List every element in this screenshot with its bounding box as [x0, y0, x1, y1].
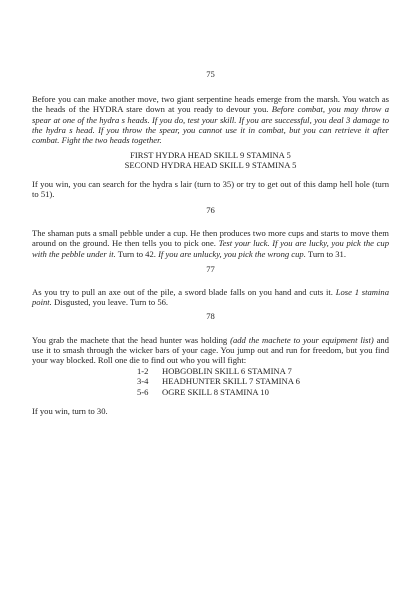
- die-roll-row: 3-4HEADHUNTER SKILL 7 STAMINA 6: [32, 376, 389, 386]
- section-paragraph: Before you can make another move, two gi…: [32, 94, 389, 145]
- die-roll-result: HOBGOBLIN SKILL 6 STAMINA 7: [162, 366, 292, 376]
- die-roll-range: 3-4: [137, 376, 162, 386]
- paragraph-text: You grab the machete that the head hunte…: [32, 335, 230, 345]
- enemy-stat-line: FIRST HYDRA HEAD SKILL 9 STAMINA 5: [32, 150, 389, 160]
- section-outcome: If you win, you can search for the hydra…: [32, 179, 389, 199]
- die-roll-row: 5-6OGRE SKILL 8 STAMINA 10: [32, 387, 389, 397]
- section-number: 75: [32, 69, 389, 79]
- enemy-stat-line: SECOND HYDRA HEAD SKILL 9 STAMINA 5: [32, 160, 389, 170]
- section-paragraph: As you try to pull an axe out of the pil…: [32, 287, 389, 307]
- section-paragraph: You grab the machete that the head hunte…: [32, 335, 389, 366]
- die-roll-table: 1-2HOBGOBLIN SKILL 6 STAMINA 7 3-4HEADHU…: [32, 366, 389, 397]
- section-number: 78: [32, 311, 389, 321]
- die-roll-row: 1-2HOBGOBLIN SKILL 6 STAMINA 7: [32, 366, 389, 376]
- section-paragraph: The shaman puts a small pebble under a c…: [32, 228, 389, 259]
- die-roll-result: OGRE SKILL 8 STAMINA 10: [162, 387, 269, 397]
- gamebook-page: 75 Before you can make another move, two…: [0, 0, 420, 594]
- die-roll-range: 1-2: [137, 366, 162, 376]
- section-77: 77 As you try to pull an axe out of the …: [32, 264, 389, 308]
- section-number: 76: [32, 205, 389, 215]
- section-number: 77: [32, 264, 389, 274]
- section-76: 76 The shaman puts a small pebble under …: [32, 205, 389, 259]
- paragraph-text: Turn to 42.: [116, 249, 158, 259]
- section-75: 75 Before you can make another move, two…: [32, 69, 389, 199]
- die-roll-result: HEADHUNTER SKILL 7 STAMINA 6: [162, 376, 300, 386]
- enemy-stats-block: FIRST HYDRA HEAD SKILL 9 STAMINA 5 SECON…: [32, 150, 389, 170]
- paragraph-text: Disgusted, you leave. Turn to 56.: [52, 297, 168, 307]
- paragraph-text-italic: If you are unlucky, you pick the wrong c…: [158, 249, 306, 259]
- paragraph-text: As you try to pull an axe out of the pil…: [32, 287, 336, 297]
- paragraph-text-italic: (add the machete to your equipment list): [230, 335, 374, 345]
- final-outcome: If you win, turn to 30.: [32, 406, 389, 416]
- die-roll-range: 5-6: [137, 387, 162, 397]
- paragraph-text: Turn to 31.: [306, 249, 346, 259]
- section-78: 78 You grab the machete that the head hu…: [32, 311, 389, 416]
